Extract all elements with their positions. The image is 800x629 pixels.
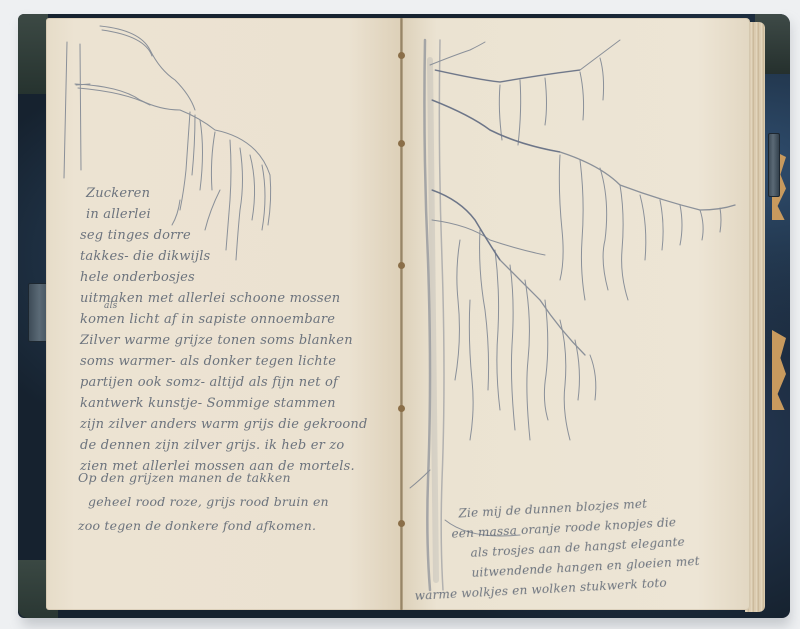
right-page-note: Zie mij de dunnen blozjes met een massa … <box>410 491 701 606</box>
note-line: zijn zilver anders warm grijs die gekroo… <box>80 414 368 435</box>
note-line: zoo tegen de donkere fond afkomen. <box>78 514 329 538</box>
left-page-note-2: Op den grijzen manen de takken geheel ro… <box>78 466 329 538</box>
note-line: soms warmer- als donker tegen lichte <box>80 351 368 372</box>
note-line: Zilver warme grijze tonen soms blanken <box>80 330 368 351</box>
note-line: kantwerk kunstje- Sommige stammen <box>80 393 368 414</box>
note-superscript: als <box>104 301 117 311</box>
note-line: komen licht af in sapiste onnoembare <box>80 309 368 330</box>
sketchbook-photo: Zuckeren in allerlei seg tinges dorre ta… <box>0 0 800 629</box>
left-page-note-1: Zuckeren in allerlei seg tinges dorre ta… <box>80 183 368 477</box>
note-line: partijen ook somz- altijd als fijn net o… <box>80 372 368 393</box>
note-line: Op den grijzen manen de takken <box>78 466 329 490</box>
note-line: takkes- die dikwijls <box>80 246 368 267</box>
note-line: uitmaken met allerlei schoone mossen <box>80 288 368 309</box>
note-line: Zuckeren <box>80 183 368 204</box>
note-line: in allerlei <box>80 204 368 225</box>
note-line: hele onderbosjes <box>80 267 368 288</box>
note-line: de dennen zijn zilver grijs. ik heb er z… <box>80 435 368 456</box>
note-line: geheel rood roze, grijs rood bruin en <box>78 490 329 514</box>
note-line: seg tinges dorre <box>80 225 368 246</box>
